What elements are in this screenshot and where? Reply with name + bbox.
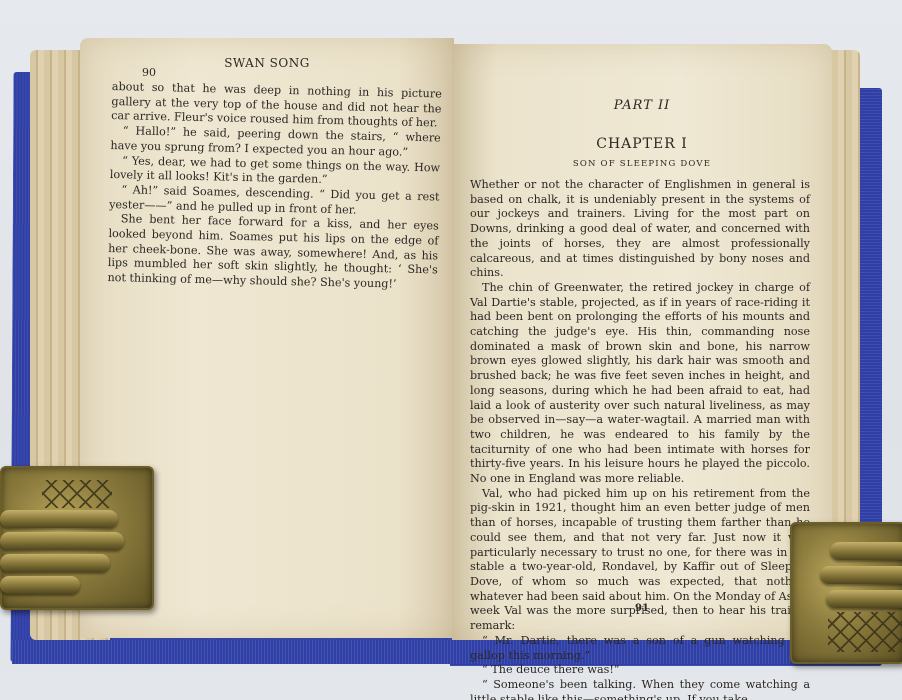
finger-shape <box>0 532 124 550</box>
brass-hand-clip-left <box>0 466 154 610</box>
paragraph: “ Someone's been talking. When they come… <box>470 678 810 700</box>
chapter-title: SON OF SLEEPING DOVE <box>452 159 832 169</box>
finger-shape <box>830 542 902 560</box>
paragraph: “ The deuce there was!” <box>470 663 810 678</box>
finger-shape <box>820 566 902 584</box>
finger-shape <box>0 554 110 572</box>
finger-shape <box>826 590 902 608</box>
lattice-pattern <box>828 612 902 652</box>
finger-shape <box>0 510 118 528</box>
brass-hand-clip-right <box>790 522 902 664</box>
finger-shape <box>0 576 80 594</box>
part-heading: PART II <box>452 98 832 113</box>
paragraph: She bent her face forward for a kiss, an… <box>107 212 439 293</box>
lattice-pattern <box>42 480 112 508</box>
chapter-heading: CHAPTER I <box>452 136 832 152</box>
page-number-right: 91 <box>452 603 832 614</box>
running-head: SWAN SONG <box>80 56 454 70</box>
left-page-text: about so that he was deep in nothing in … <box>107 80 442 293</box>
paragraph: The chin of Greenwater, the retired jock… <box>470 281 810 487</box>
right-page: PART II CHAPTER I SON OF SLEEPING DOVE W… <box>452 44 832 640</box>
paragraph: about so that he was deep in nothing in … <box>111 80 442 132</box>
right-page-text: Whether or not the character of Englishm… <box>470 178 810 700</box>
paragraph: “ Mr. Dartie, there was a son of a gun w… <box>470 634 810 663</box>
paragraph: Whether or not the character of Englishm… <box>470 178 810 281</box>
